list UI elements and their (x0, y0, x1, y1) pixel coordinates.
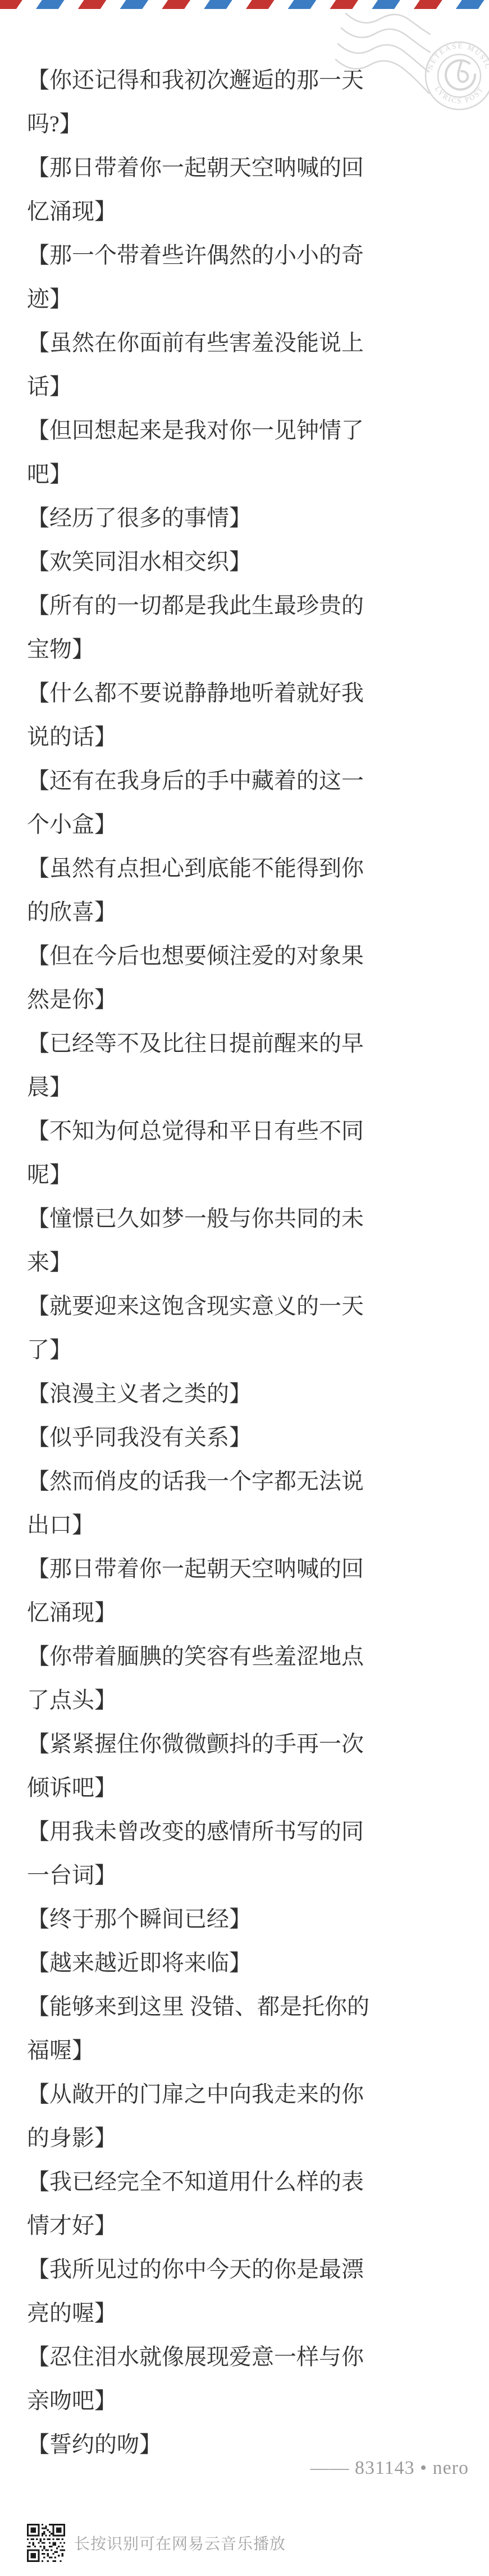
lyric-line: 【还有在我身后的手中藏着的这一个小盒】 (27, 759, 382, 847)
svg-text:NETEASE MUSIC: NETEASE MUSIC (426, 42, 489, 71)
qr-code[interactable] (27, 2524, 65, 2562)
footer: 长按识别可在网易云音乐播放 (27, 2524, 286, 2562)
lyric-line: 【那一个带着些许偶然的小小的奇迹】 (27, 234, 382, 321)
lyric-line: 【越来越近即将来临】 (27, 1941, 382, 1985)
footer-hint: 长按识别可在网易云音乐播放 (74, 2532, 286, 2554)
lyric-line: 【你带着腼腆的笑容有些羞涩地点了点头】 (27, 1635, 382, 1722)
attribution: —— 831143 • nero (310, 2455, 469, 2481)
lyric-line: 【憧憬已久如梦一般与你共同的未来】 (27, 1197, 382, 1284)
lyric-line: 【然而俏皮的话我一个字都无法说出口】 (27, 1459, 382, 1547)
lyric-line: 【但在今后也想要倾注爱的对象果然是你】 (27, 934, 382, 1022)
lyric-line: 【所有的一切都是我此生最珍贵的宝物】 (27, 584, 382, 671)
lyric-line: 【那日带着你一起朝天空呐喊的回忆涌现】 (27, 1547, 382, 1635)
netease-music-logo-icon (446, 60, 475, 89)
lyric-line: 【就要迎来这饱含现实意义的一天了】 (27, 1284, 382, 1372)
svg-text:LYRICS POST: LYRICS POST (433, 85, 486, 105)
lyric-line: 【那日带着你一起朝天空呐喊的回忆涌现】 (27, 146, 382, 234)
lyric-line: 【已经等不及比往日提前醒来的早晨】 (27, 1022, 382, 1109)
lyric-line: 【终于那个瞬间已经】 (27, 1897, 382, 1941)
stamp-top-text: NETEASE MUSIC (426, 42, 489, 71)
lyric-line: 【不知为何总觉得和平日有些不同呢】 (27, 1109, 382, 1197)
postmark-stamp: NETEASE MUSIC LYRICS POST (426, 42, 489, 109)
lyric-line: 【虽然在你面前有些害羞没能说上话】 (27, 321, 382, 409)
lyric-line: 【你还记得和我初次邂逅的那一天吗?】 (27, 58, 382, 146)
lyric-line: 【紧紧握住你微微颤抖的手再一次倾诉吧】 (27, 1722, 382, 1810)
lyric-line: 【什么都不要说静静地听着就好我说的话】 (27, 671, 382, 759)
lyrics-list: 【你还记得和我初次邂逅的那一天吗?】 【那日带着你一起朝天空呐喊的回忆涌现】 【… (27, 58, 382, 2467)
lyric-line: 【经历了很多的事情】 (27, 496, 382, 540)
lyric-line: 【欢笑同泪水相交织】 (27, 540, 382, 584)
lyric-line: 【浪漫主义者之类的】 (27, 1372, 382, 1416)
lyric-line: 【但回想起来是我对你一见钟情了吧】 (27, 409, 382, 496)
lyric-line: 【虽然有点担心到底能不能得到你的欣喜】 (27, 847, 382, 934)
lyric-line: 【忍住泪水就像展现爱意一样与你亲吻吧】 (27, 2335, 382, 2423)
lyric-line: 【用我未曾改变的感情所书写的同一台词】 (27, 1810, 382, 1897)
lyrics-poster: NETEASE MUSIC LYRICS POST 【你还记得和我初次邂逅的那一… (0, 0, 489, 2576)
lyric-line: 【能够来到这里 没错、都是托你的福喔】 (27, 1985, 382, 2072)
stamp-bottom-text: LYRICS POST (433, 85, 486, 105)
lyric-line: 【我已经完全不知道用什么样的表情才好】 (27, 2160, 382, 2248)
lyric-line: 【我所见过的你中今天的你是最漂亮的喔】 (27, 2248, 382, 2335)
lyric-line: 【从敞开的门扉之中向我走来的你的身影】 (27, 2072, 382, 2160)
lyric-line: 【似乎同我没有关系】 (27, 1416, 382, 1459)
